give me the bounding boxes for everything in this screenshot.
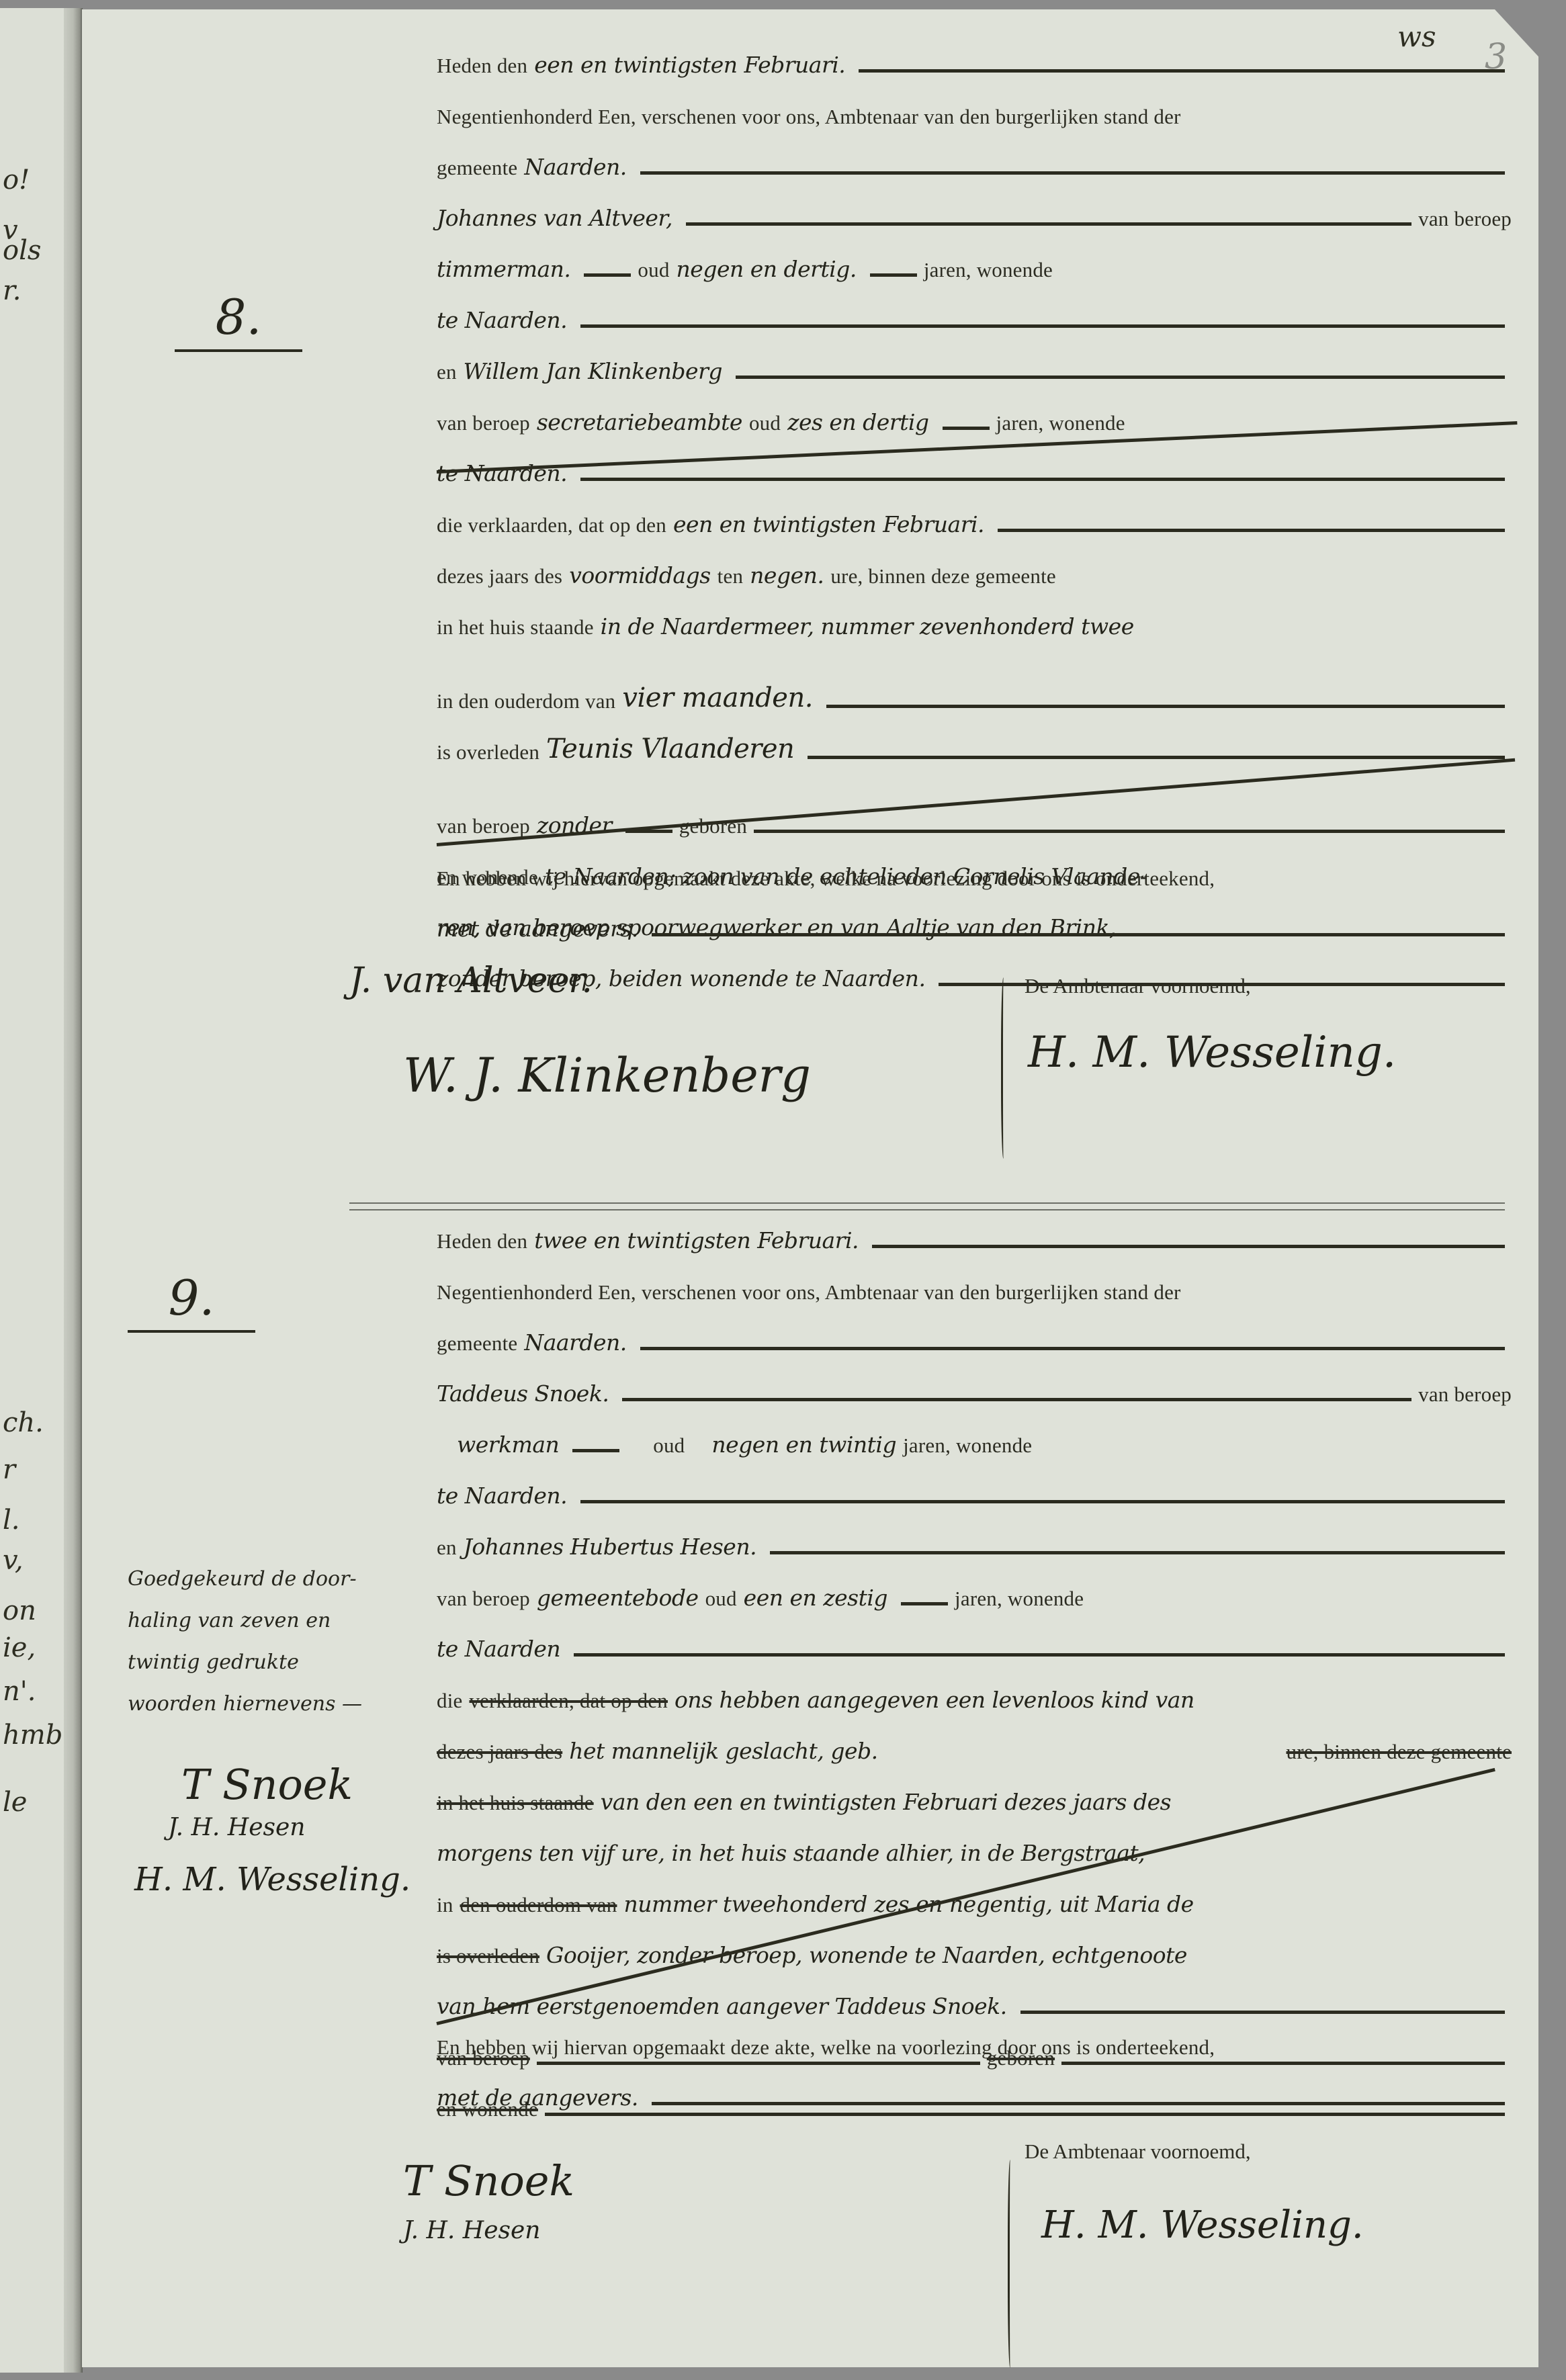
handwritten-date: een en twintigsten Februari.	[673, 511, 984, 537]
handwritten-municipality: Naarden.	[524, 154, 626, 180]
margin-note-line: twintig gedrukte	[128, 1642, 423, 1683]
act-line: Heden den twee en twintigsten Februari.	[437, 1202, 1512, 1253]
fill-line	[998, 529, 1505, 532]
handwritten-residence: te Naarden.	[437, 460, 567, 486]
handwritten-age: zes en dertig	[787, 409, 928, 435]
printed-text: Heden den	[437, 1229, 527, 1253]
fill-line	[754, 830, 1505, 833]
handwritten-residence: te Naarden.	[437, 1483, 567, 1509]
official-signature: H. M. Wesseling.	[1028, 1028, 1396, 1077]
printed-text: Negentienhonderd Een, verschenen voor on…	[437, 1280, 1181, 1305]
struck-printed-text: ure, binnen deze gemeente	[1287, 1740, 1512, 1764]
margin-signature: J. H. Hesen	[168, 1814, 305, 1841]
printed-text: is overleden	[437, 740, 539, 764]
printed-text: gemeente	[437, 1331, 517, 1356]
act-line: Taddeus Snoek. van beroep	[437, 1356, 1512, 1407]
handwritten-address: in de Naardermeer, nummer zevenhonderd t…	[601, 613, 1134, 640]
act-line: Johannes van Altveer, van beroep	[437, 180, 1512, 231]
fill-line	[580, 478, 1505, 481]
struck-printed-text: den ouderdom van	[460, 1893, 617, 1917]
struck-printed-text: verklaarden, dat op den	[469, 1689, 668, 1713]
handwritten-declarant-name: Taddeus Snoek.	[437, 1380, 609, 1407]
fragment-text: hmb.	[3, 1720, 71, 1751]
act-line: Negentienhonderd Een, verschenen voor on…	[437, 1253, 1512, 1305]
handwritten-occupation: gemeentebode	[537, 1585, 699, 1611]
act-line: die verklaarden, dat op den een en twint…	[437, 486, 1512, 537]
printed-closing-text: En hebben wij hiervan opgemaakt deze akt…	[437, 2035, 1215, 2060]
signature-brace	[1008, 2160, 1014, 2368]
fill-line	[736, 376, 1505, 379]
printed-text: jaren, wonende	[996, 411, 1125, 435]
act-line: dezes jaars des het mannelijk geslacht, …	[437, 1713, 1512, 1764]
handwritten-occupation: timmerman.	[437, 256, 570, 282]
act-line: te Naarden.	[437, 1458, 1512, 1509]
fragment-text: r	[3, 1454, 15, 1485]
act-line: zonder beroep, beiden wonende te Naarden…	[437, 940, 1512, 991]
margin-note-line: Goedgekeurd de door-	[128, 1558, 423, 1600]
printed-text: van beroep	[437, 814, 530, 838]
fill-line	[580, 324, 1505, 328]
official-label: De Ambtenaar voornoemd,	[1025, 2140, 1251, 2164]
printed-text: die	[437, 1689, 462, 1713]
closing-line: En hebben wij hiervan opgemaakt deze akt…	[437, 2009, 1512, 2060]
official-label: De Ambtenaar voornoemd,	[1025, 974, 1251, 998]
printed-text: jaren, wonende	[903, 1434, 1032, 1458]
printed-text: gemeente	[437, 156, 517, 180]
fill-line	[870, 273, 917, 277]
fill-line	[943, 427, 990, 430]
fill-line	[901, 1602, 948, 1605]
fragment-text: r.	[3, 275, 21, 306]
handwritten-age: een en zestig	[744, 1585, 887, 1611]
fragment-text: ie,	[3, 1632, 36, 1663]
handwritten-residence: te Naarden.	[437, 307, 567, 333]
printed-text: in den ouderdom van	[437, 689, 615, 713]
act-line: werkman oud negen en twintig jaren, wone…	[437, 1407, 1512, 1458]
printed-text: van beroep	[1418, 1382, 1512, 1407]
act-line: is overleden Teunis Vlaanderen	[437, 713, 1512, 764]
act-line: in den ouderdom van nummer tweehonderd z…	[437, 1866, 1512, 1917]
printed-text: oud	[749, 411, 781, 435]
handwritten-closing: met de aangevers.	[437, 2084, 638, 2111]
printed-text: jaren, wonende	[955, 1587, 1084, 1611]
printed-text: in	[437, 1893, 453, 1917]
fill-line	[770, 1551, 1505, 1554]
printed-text: Heden den	[437, 54, 527, 78]
printed-text: ten	[717, 564, 743, 588]
declarant-signature: J. van Altveer.	[349, 961, 593, 1001]
handwritten-statement: Gooijer, zonder beroep, wonende te Naard…	[546, 1942, 1187, 1968]
printed-text: jaren, wonende	[924, 258, 1053, 282]
closing-line: En hebben wij hiervan opgemaakt deze akt…	[437, 840, 1512, 891]
fill-line	[808, 756, 1505, 759]
act-line: Heden den een en twintigsten Februari.	[437, 27, 1512, 78]
fill-line	[640, 1347, 1505, 1350]
act-line: in den ouderdom van vier maanden.	[437, 640, 1512, 713]
handwritten-occupation: werkman	[457, 1431, 559, 1458]
handwritten-age-deceased: vier maanden.	[622, 682, 813, 713]
handwritten-statement: morgens ten vijf ure, in het huis staand…	[437, 1840, 1145, 1866]
fill-line	[652, 933, 1505, 936]
act-line: gemeente Naarden.	[437, 129, 1512, 180]
fragment-text: on	[3, 1595, 36, 1626]
act-line: te Naarden.	[437, 435, 1512, 486]
fill-line	[640, 171, 1505, 175]
official-signature: H. M. Wesseling.	[1041, 2203, 1364, 2247]
declarant-signature: J. H. Hesen	[403, 2217, 540, 2244]
fill-line	[580, 1500, 1505, 1503]
signature-brace	[1001, 977, 1007, 1159]
struck-printed-text: in het huis staande	[437, 1791, 594, 1815]
printed-text: dezes jaars des	[437, 564, 562, 588]
act-line: morgens ten vijf ure, in het huis staand…	[437, 1815, 1512, 1866]
printed-text: oud	[638, 258, 669, 282]
act-line: van beroep gemeentebode oud een en zesti…	[437, 1560, 1512, 1611]
handwritten-statement: nummer tweehonderd zes en negentig, uit …	[623, 1891, 1193, 1917]
handwritten-declarant-name: Johannes van Altveer,	[437, 205, 672, 231]
act-line: gemeente Naarden.	[437, 1305, 1512, 1356]
handwritten-deceased-name: Teunis Vlaanderen	[546, 734, 794, 764]
printed-text: oud	[653, 1434, 685, 1458]
act-line: die verklaarden, dat op den ons hebben a…	[437, 1662, 1512, 1713]
handwritten-date: een en twintigsten Februari.	[534, 52, 845, 78]
handwritten-occupation: secretariebeambte	[537, 409, 742, 435]
act-line: is overleden Gooijer, zonder beroep, won…	[437, 1917, 1512, 1968]
struck-printed-text: is overleden	[437, 1944, 539, 1968]
act-line: en Johannes Hubertus Hesen.	[437, 1509, 1512, 1560]
margin-approval-note: Goedgekeurd de door- haling van zeven en…	[128, 1558, 423, 1725]
struck-printed-text: dezes jaars des	[437, 1740, 562, 1764]
printed-text: die verklaarden, dat op den	[437, 513, 666, 537]
margin-signature: T Snoek	[181, 1760, 353, 1809]
handwritten-age: negen en dertig.	[677, 256, 857, 282]
handwritten-hour: negen.	[750, 562, 824, 588]
printed-text: en	[437, 360, 457, 384]
handwritten-declarant-name: Willem Jan Klinkenberg	[464, 358, 722, 384]
printed-text: van beroep	[437, 1587, 530, 1611]
fragment-text: v,	[3, 1545, 24, 1576]
closing-line: met de aangevers.	[437, 2060, 1512, 2111]
handwritten-declarant-name: Johannes Hubertus Hesen.	[464, 1534, 756, 1560]
fill-line	[572, 1449, 619, 1452]
act-line: Negentienhonderd Een, verschenen voor on…	[437, 78, 1512, 129]
handwritten-age: negen en twintig	[711, 1431, 896, 1458]
fill-line	[686, 222, 1411, 226]
margin-signature: H. M. Wesseling.	[134, 1861, 410, 1898]
act-9-closing: En hebben wij hiervan opgemaakt deze akt…	[437, 2009, 1512, 2111]
declarant-signature: W. J. Klinkenberg	[403, 1048, 811, 1103]
margin-note-line: woorden hiernevens —	[128, 1683, 423, 1725]
fragment-text: ols	[3, 235, 41, 266]
act-line: van beroep secretariebeambte oud zes en …	[437, 384, 1512, 435]
fragment-text: n'.	[3, 1676, 36, 1707]
fragment-text: o!	[3, 165, 30, 195]
act-line: in het huis staande in de Naardermeer, n…	[437, 588, 1512, 640]
act-line: dezes jaars des voormiddags ten negen. u…	[437, 537, 1512, 588]
handwritten-date: twee en twintigsten Februari.	[534, 1227, 859, 1253]
handwritten-time-of-day: voormiddags	[569, 562, 710, 588]
printed-text: in het huis staande	[437, 615, 594, 640]
printed-text: van beroep	[437, 411, 530, 435]
closing-line: met de aangevers.	[437, 891, 1512, 942]
printed-text: en	[437, 1536, 457, 1560]
act-line: in het huis staande van den een en twint…	[437, 1764, 1512, 1815]
fill-line	[872, 1245, 1505, 1248]
act-line: te Naarden.	[437, 282, 1512, 333]
fill-line	[652, 2102, 1505, 2105]
handwritten-statement: van den een en twintigsten Februari deze…	[601, 1789, 1171, 1815]
printed-text: van beroep	[1418, 207, 1512, 231]
printed-closing-text: En hebben wij hiervan opgemaakt deze akt…	[437, 867, 1215, 891]
printed-text: oud	[705, 1587, 737, 1611]
fill-line	[859, 69, 1505, 73]
handwritten-municipality: Naarden.	[524, 1329, 626, 1356]
fill-line	[545, 2113, 1505, 2116]
handwritten-statement: het mannelijk geslacht, geb.	[569, 1738, 877, 1764]
act-number: 9.	[128, 1270, 255, 1333]
declarant-signature: T Snoek	[403, 2156, 574, 2205]
fragment-text: le	[3, 1787, 27, 1818]
fragment-text: ch.	[3, 1407, 44, 1438]
printed-text: Negentienhonderd Een, verschenen voor on…	[437, 105, 1181, 129]
book-gutter	[64, 8, 83, 2373]
margin-note-line: haling van zeven en	[128, 1600, 423, 1642]
act-number: 8.	[175, 289, 302, 352]
act-8-closing: En hebben wij hiervan opgemaakt deze akt…	[437, 840, 1512, 942]
fill-line	[574, 1653, 1505, 1657]
handwritten-residence: te Naarden	[437, 1636, 560, 1662]
fragment-text: l.	[3, 1505, 20, 1536]
printed-text: ure, binnen deze gemeente	[830, 564, 1056, 588]
fill-line	[584, 273, 631, 277]
act-line: timmerman. oud negen en dertig. jaren, w…	[437, 231, 1512, 282]
fill-line	[826, 705, 1505, 708]
act-line: en Willem Jan Klinkenberg	[437, 333, 1512, 384]
fill-line	[622, 1398, 1411, 1401]
left-page-fragments: o! v ols r. ch. r l. v, on ie, n'. hmb. …	[0, 0, 64, 2351]
handwritten-closing: met de aangevers.	[437, 916, 638, 942]
handwritten-statement: ons hebben aangegeven een levenloos kind…	[675, 1687, 1194, 1713]
act-line: te Naarden	[437, 1611, 1512, 1662]
